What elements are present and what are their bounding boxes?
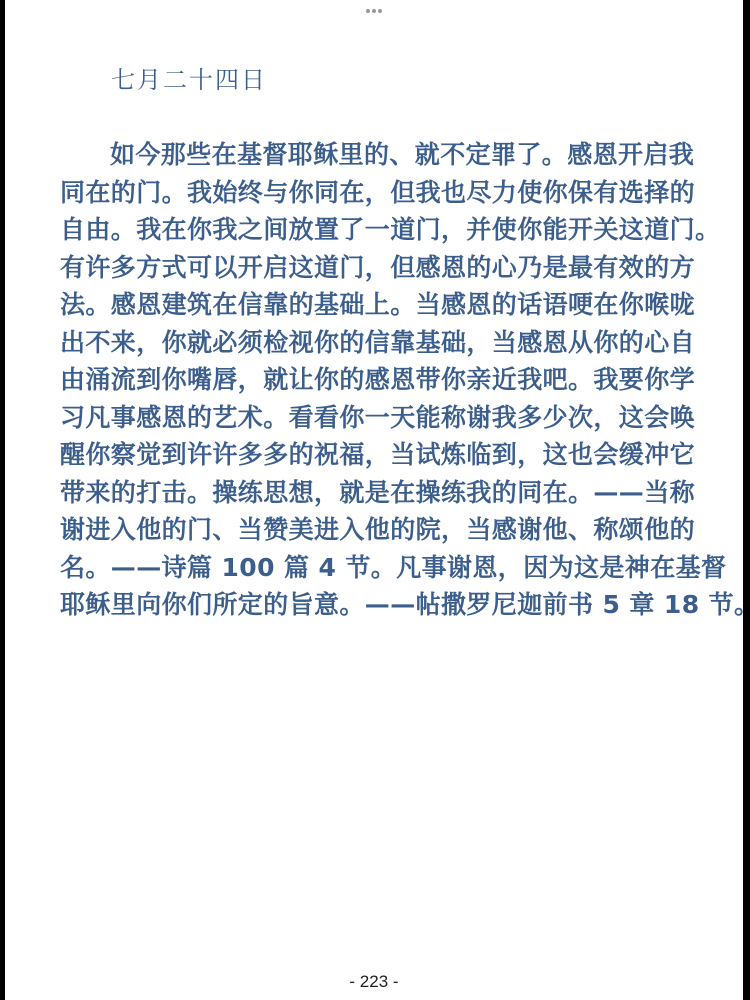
text-line: 带来的打击。操练思想，就是在操练我的同在。——当称 (60, 474, 700, 512)
text-line: 出不来，你就必须检视你的信靠基础，当感恩从你的心自 (60, 324, 700, 362)
book-page: 七月二十四日 如今那些在基督耶稣里的、就不定罪了。感恩开启我 同在的门。我始终与… (5, 0, 743, 1000)
more-dots-icon[interactable] (5, 4, 743, 14)
text-line: 由涌流到你嘴唇，就让你的感恩带你亲近我吧。我要你学 (60, 361, 700, 399)
text-line: 同在的门。我始终与你同在，但我也尽力使你保有选择的 (60, 174, 700, 212)
date-heading: 七月二十四日 (111, 60, 267, 95)
dot (366, 9, 370, 13)
text-line: 耶稣里向你们所定的旨意。——帖撒罗尼迦前书 5 章 18 节。 (60, 586, 700, 624)
text-line: 名。——诗篇 100 篇 4 节。凡事谢恩，因为这是神在基督 (60, 549, 700, 587)
page-number: - 223 - (5, 972, 743, 992)
dot (372, 9, 376, 13)
text-line: 自由。我在你我之间放置了一道门，并使你能开关这道门。 (60, 211, 700, 249)
dot (378, 9, 382, 13)
text-line: 如今那些在基督耶稣里的、就不定罪了。感恩开启我 (60, 136, 700, 174)
text-line: 法。感恩建筑在信靠的基础上。当感恩的话语哽在你喉咙 (60, 286, 700, 324)
text-line: 谢进入他的门、当赞美进入他的院，当感谢他、称颂他的 (60, 511, 700, 549)
devotional-body: 如今那些在基督耶稣里的、就不定罪了。感恩开启我 同在的门。我始终与你同在，但我也… (60, 136, 700, 624)
text-line: 醒你察觉到许许多多的祝福，当试炼临到，这也会缓冲它 (60, 436, 700, 474)
text-line: 习凡事感恩的艺术。看看你一天能称谢我多少次，这会唤 (60, 399, 700, 437)
text-line: 有许多方式可以开启这道门，但感恩的心乃是最有效的方 (60, 249, 700, 287)
